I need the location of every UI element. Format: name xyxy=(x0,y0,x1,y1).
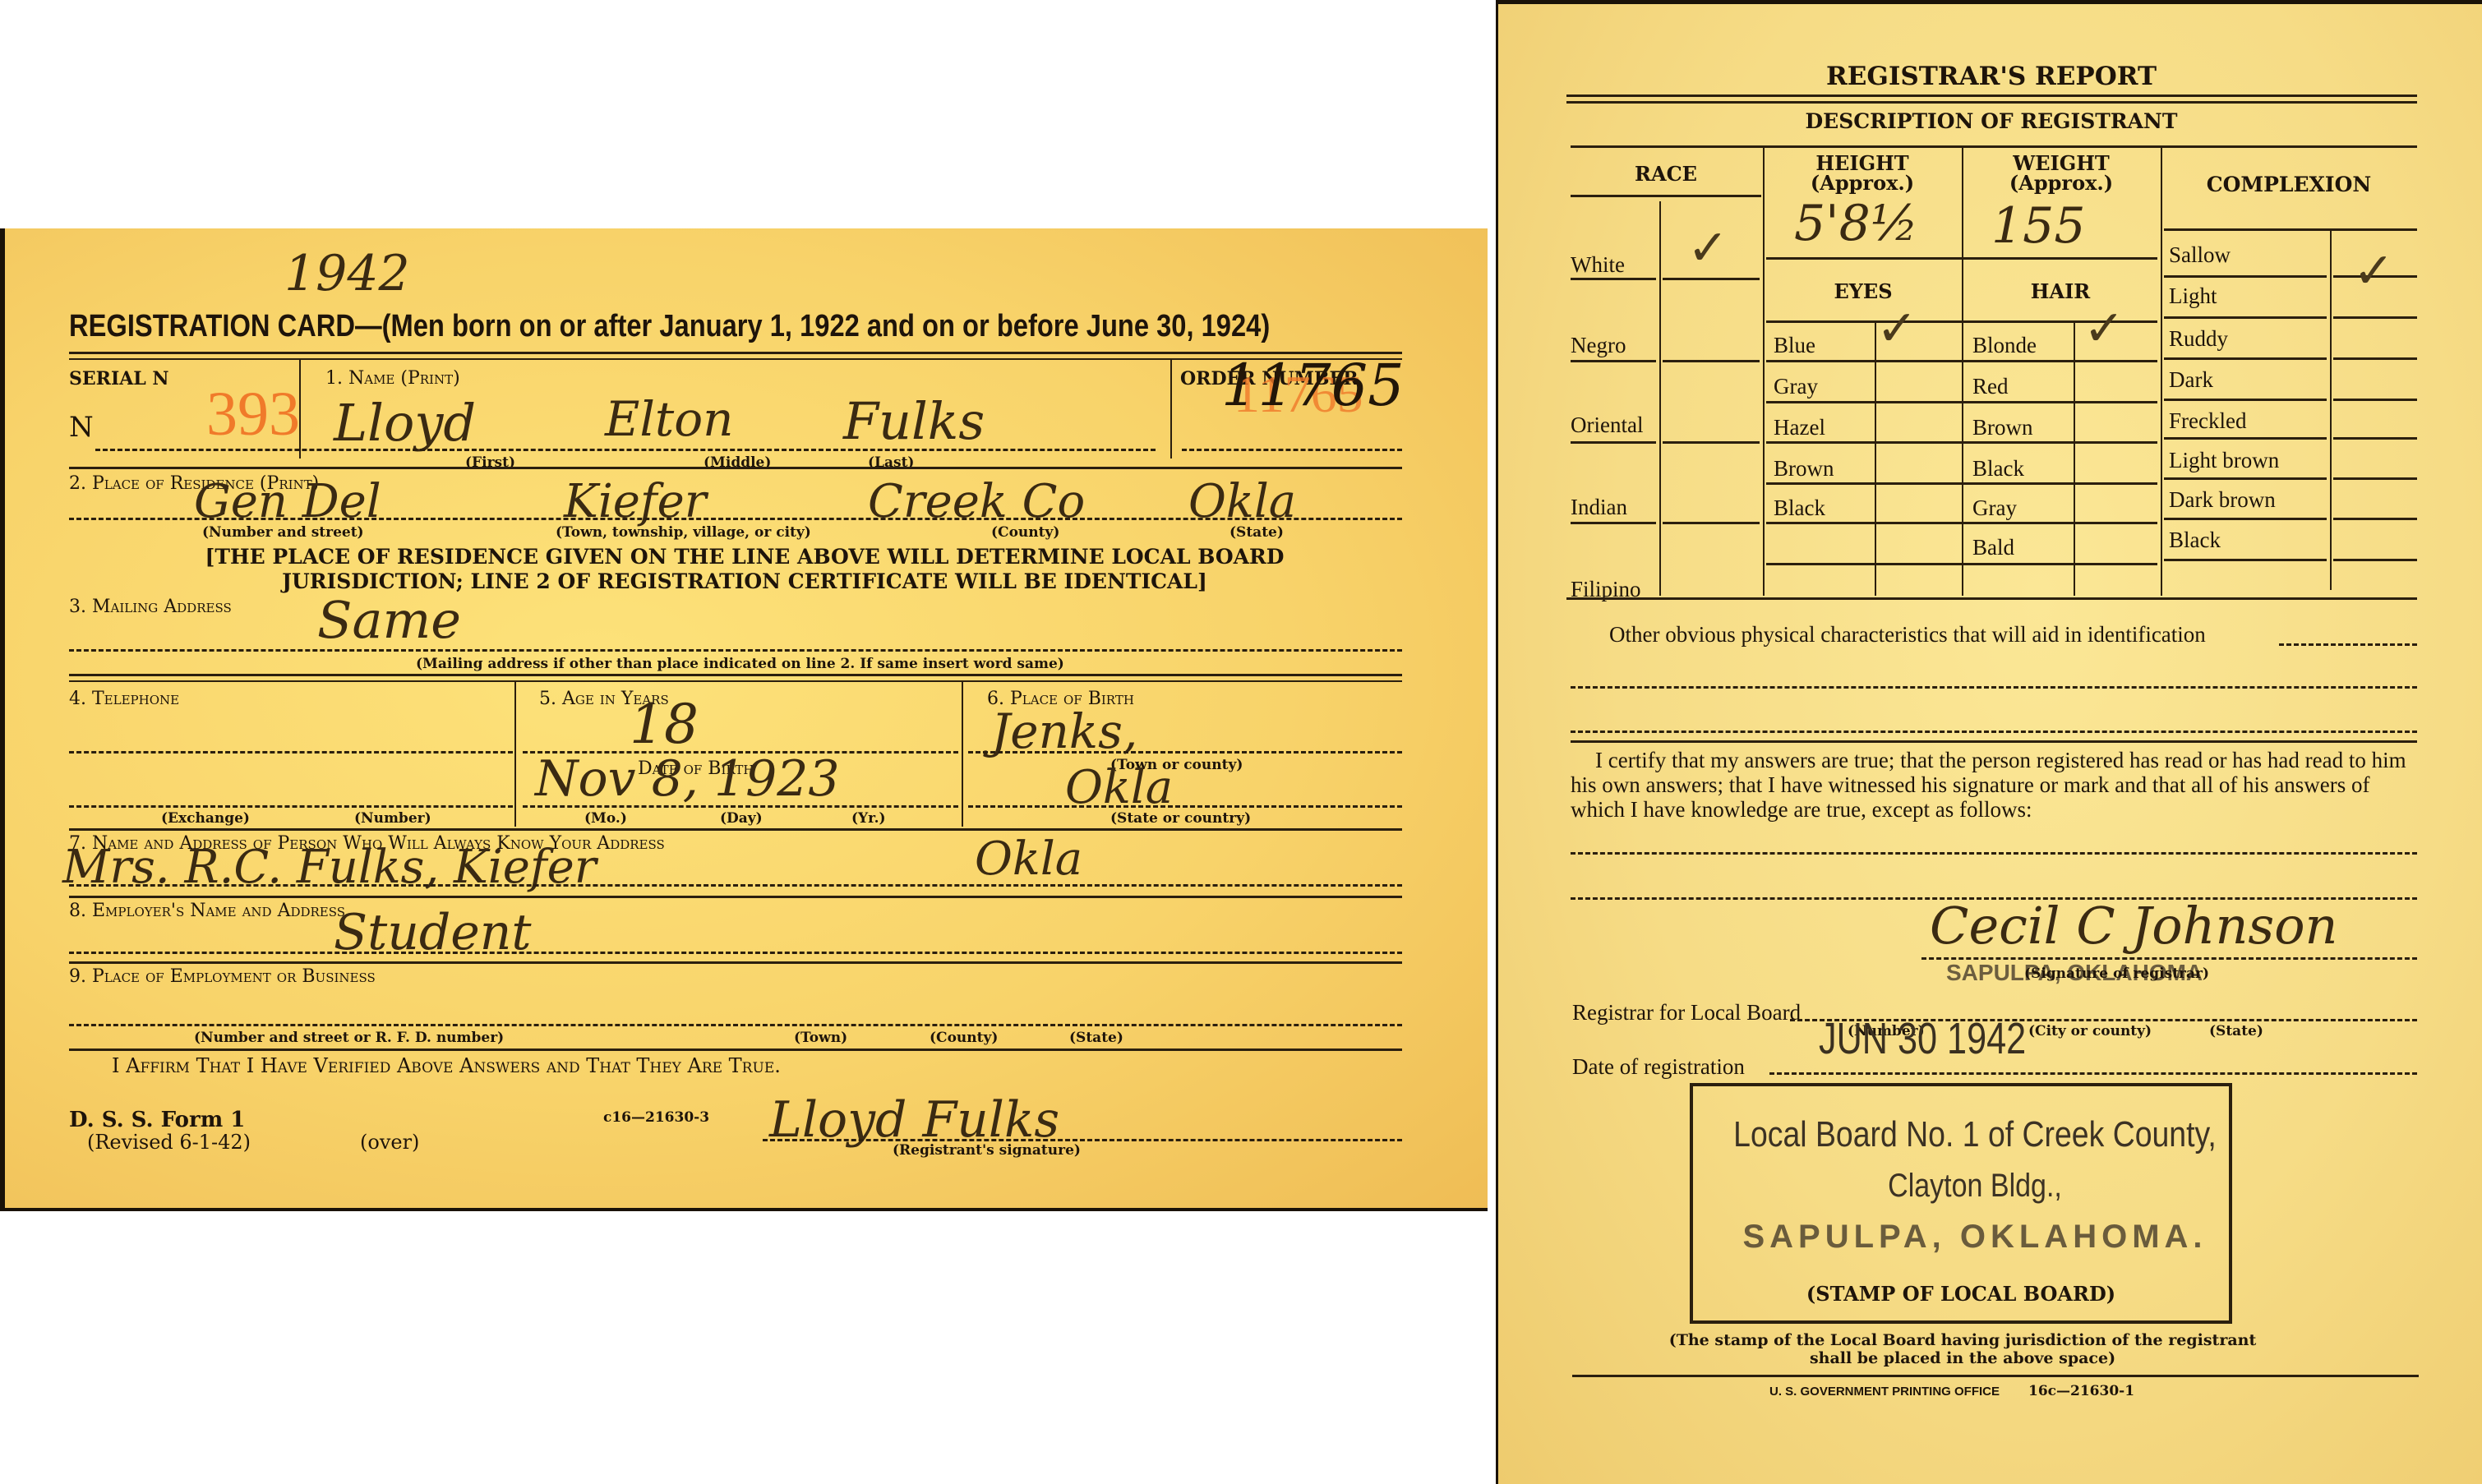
registration-date-stamp: JUN 30 1942 xyxy=(1819,1013,2026,1064)
complexion-sallow: Sallow xyxy=(2169,242,2231,268)
serial-label: SERIAL N xyxy=(69,368,169,389)
mailing-address-label: 3. Mailing Address xyxy=(69,597,232,617)
residence-state: Okla xyxy=(1188,475,1296,528)
race-negro: Negro xyxy=(1571,333,1626,358)
registration-card-front: 1942 REGISTRATION CARD—(Men born on or a… xyxy=(0,228,1488,1211)
certification-text: I certify that my answers are true; that… xyxy=(1571,748,2417,822)
complexion-black: Black xyxy=(2169,528,2221,553)
report-subtitle: DESCRIPTION OF REGISTRANT xyxy=(1498,109,2482,133)
form-id: D. S. S. Form 1 xyxy=(69,1108,245,1132)
over-note: (over) xyxy=(360,1131,419,1154)
stamp-label: (STAMP OF LOCAL BOARD) xyxy=(1690,1282,2232,1306)
complexion-dark: Dark xyxy=(2169,367,2213,393)
registrar-for-label: Registrar for Local Board xyxy=(1572,1000,1801,1025)
eyes-gray: Gray xyxy=(1774,374,1818,399)
complexion-ruddy: Ruddy xyxy=(2169,326,2228,352)
mailing-address-value: Same xyxy=(317,590,461,650)
local-board-stamp: Local Board No. 1 of Creek County, Clayt… xyxy=(1663,1109,2287,1262)
eyes-hazel: Hazel xyxy=(1774,415,1825,440)
stamp-note: (The stamp of the Local Board having jur… xyxy=(1622,1331,2304,1367)
weight-value: 155 xyxy=(1991,197,2086,255)
year-annotation: 1942 xyxy=(284,245,410,302)
eyes-blue: Blue xyxy=(1774,333,1815,358)
name-label: 1. Name (Print) xyxy=(325,368,460,389)
race-indian: Indian xyxy=(1571,495,1627,520)
print-code: c16—21630-3 xyxy=(603,1109,709,1126)
hair-check: ✓ xyxy=(2083,300,2124,357)
complexion-dark-brown: Dark brown xyxy=(2169,487,2276,513)
eyes-brown: Brown xyxy=(1774,456,1834,482)
height-value: 5'8½ xyxy=(1794,195,1918,252)
name-last: Fulks xyxy=(843,391,985,451)
complexion-freckled: Freckled xyxy=(2169,408,2246,434)
employment-place-label: 9. Place of Employment or Business xyxy=(69,966,376,987)
telephone-label: 4. Telephone xyxy=(69,689,179,709)
printer-label: U. S. GOVERNMENT PRINTING OFFICE xyxy=(1769,1385,2000,1399)
report-title: REGISTRAR'S REPORT xyxy=(1498,62,2482,91)
age-value: 18 xyxy=(630,693,699,756)
affirmation-text: I Affirm That I Have Verified Above Answ… xyxy=(112,1054,781,1077)
residence-street: Gen Del xyxy=(194,475,381,528)
hair-black: Black xyxy=(1972,456,2024,482)
hair-blonde: Blonde xyxy=(1972,333,2037,358)
hair-gray: Gray xyxy=(1972,495,2017,521)
serial-number-stamp: 393 xyxy=(206,379,300,450)
race-oriental: Oriental xyxy=(1571,412,1643,438)
date-of-registration-label: Date of registration xyxy=(1572,1054,1745,1080)
complexion-check: ✓ xyxy=(2353,242,2394,300)
hair-bald: Bald xyxy=(1972,535,2014,560)
residence-town: Kiefer xyxy=(564,475,707,528)
hair-red: Red xyxy=(1972,374,2009,399)
registrar-signature: Cecil C Johnson xyxy=(1930,896,2337,956)
name-middle: Elton xyxy=(605,391,733,447)
residence-county: Creek Co xyxy=(868,475,1085,528)
complexion-light-brown: Light brown xyxy=(2169,448,2279,473)
contact-state: Okla xyxy=(975,832,1082,886)
race-white: White xyxy=(1571,252,1625,278)
order-number-handwritten: 11765 xyxy=(1221,352,1405,419)
eyes-check: ✓ xyxy=(1876,300,1917,357)
race-check: ✓ xyxy=(1687,219,1728,277)
registrars-report-back: REGISTRAR'S REPORT DESCRIPTION OF REGIST… xyxy=(1496,0,2482,1484)
employer-label: 8. Employer's Name and Address xyxy=(69,901,345,921)
serial-prefix: N xyxy=(69,411,94,444)
complexion-light: Light xyxy=(2169,283,2217,309)
residence-notice: [THE PLACE OF RESIDENCE GIVEN ON THE LIN… xyxy=(149,545,1340,594)
card-title: REGISTRATION CARD—(Men born on or after … xyxy=(69,309,1270,344)
printer-code: 16c—21630-1 xyxy=(2028,1383,2134,1399)
dob-value: Nov 8, 1923 xyxy=(535,750,840,808)
other-characteristics-label: Other obvious physical characteristics t… xyxy=(1609,622,2206,648)
form-revised: (Revised 6-1-42) xyxy=(87,1131,251,1154)
eyes-black: Black xyxy=(1774,495,1825,521)
hair-brown: Brown xyxy=(1972,415,2033,440)
name-first: Lloyd xyxy=(334,393,476,453)
